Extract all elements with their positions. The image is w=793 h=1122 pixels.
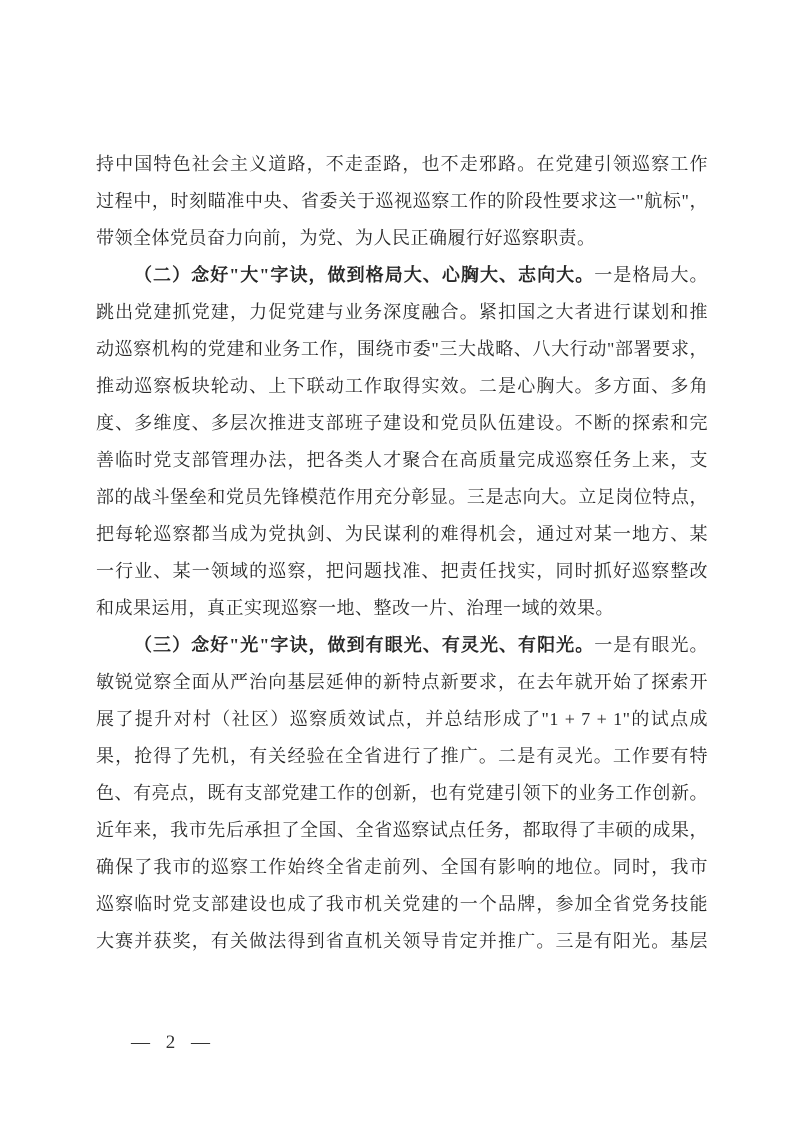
body-text-segment: 带领全体党员奋力向前，为党、为人民正确履行好巡察职责。	[96, 228, 596, 248]
body-text-segment: 大赛并获奖，有关做法得到省直机关领导肯定并推广。三是有阳光。基层	[96, 931, 708, 951]
text-line: 大赛并获奖，有关做法得到省直机关领导肯定并推广。三是有阳光。基层	[96, 923, 708, 960]
body-text-segment: 动巡察机构的党建和业务工作，围绕市委"三大战略、八大行动"部署要求，	[96, 339, 708, 359]
body-text-segment: 展了提升对村（社区）巡察质效试点，并总结形成了"1 + 7 + 1"的试点成	[96, 709, 708, 729]
text-line: （三）念好"光"字诀，做到有眼光、有灵光、有阳光。一是有眼光。	[96, 627, 708, 664]
text-line: 果，抢得了先机，有关经验在全省进行了推广。二是有灵光。工作要有特	[96, 738, 708, 775]
text-line: 展了提升对村（社区）巡察质效试点，并总结形成了"1 + 7 + 1"的试点成	[96, 701, 708, 738]
text-line: 过程中，时刻瞄准中央、省委关于巡视巡察工作的阶段性要求这一"航标"，	[96, 183, 708, 220]
body-text-segment: 和成果运用，真正实现巡察一地、整改一片、治理一域的效果。	[96, 598, 614, 618]
text-line: （二）念好"大"字诀，做到格局大、心胸大、志向大。一是格局大。	[96, 257, 708, 294]
text-line: 跳出党建抓党建，力促党建与业务深度融合。紧扣国之大者进行谋划和推	[96, 294, 708, 331]
body-text-segment: 一是格局大。	[594, 265, 708, 285]
body-text-segment: 一是有眼光。	[594, 635, 708, 655]
body-text-segment: 部的战斗堡垒和党员先锋模范作用充分彰显。三是志向大。立足岗位特点，	[96, 487, 708, 507]
text-line: 巡察临时党支部建设也成了我市机关党建的一个品牌，参加全省党务技能	[96, 886, 708, 923]
text-line: 动巡察机构的党建和业务工作，围绕市委"三大战略、八大行动"部署要求，	[96, 331, 708, 368]
document-page: 持中国特色社会主义道路，不走歪路，也不走邪路。在党建引领巡察工作过程中，时刻瞄准…	[0, 0, 793, 1122]
body-text-segment: 近年来，我市先后承担了全国、全省巡察试点任务，都取得了丰硕的成果，	[96, 820, 708, 840]
body-text-segment: 果，抢得了先机，有关经验在全省进行了推广。二是有灵光。工作要有特	[96, 746, 708, 766]
document-body: 持中国特色社会主义道路，不走歪路，也不走邪路。在党建引领巡察工作过程中，时刻瞄准…	[96, 146, 708, 960]
text-line: 一行业、某一领域的巡察，把问题找准、把责任找实，同时抓好巡察整改	[96, 553, 708, 590]
text-line: 色、有亮点，既有支部党建工作的创新，也有党建引领下的业务工作创新。	[96, 775, 708, 812]
text-line: 度、多维度、多层次推进支部班子建设和党员队伍建设。不断的探索和完	[96, 405, 708, 442]
text-line: 确保了我市的巡察工作始终全省走前列、全国有影响的地位。同时，我市	[96, 849, 708, 886]
body-text-segment: 确保了我市的巡察工作始终全省走前列、全国有影响的地位。同时，我市	[96, 857, 708, 877]
text-line: 部的战斗堡垒和党员先锋模范作用充分彰显。三是志向大。立足岗位特点，	[96, 479, 708, 516]
text-line: 近年来，我市先后承担了全国、全省巡察试点任务，都取得了丰硕的成果，	[96, 812, 708, 849]
text-line: 带领全体党员奋力向前，为党、为人民正确履行好巡察职责。	[96, 220, 708, 257]
text-line: 敏锐觉察全面从严治向基层延伸的新特点新要求，在去年就开始了探索开	[96, 664, 708, 701]
text-line: 善临时党支部管理办法，把各类人才聚合在高质量完成巡察任务上来，支	[96, 442, 708, 479]
page-number: — 2 —	[131, 1031, 211, 1055]
body-text-segment: 度、多维度、多层次推进支部班子建设和党员队伍建设。不断的探索和完	[96, 413, 708, 433]
body-text-segment: 善临时党支部管理办法，把各类人才聚合在高质量完成巡察任务上来，支	[96, 450, 708, 470]
body-text-segment: 把每轮巡察都当成为党执剑、为民谋利的难得机会，通过对某一地方、某	[96, 524, 708, 544]
text-line: 推动巡察板块轮动、上下联动工作取得实效。二是心胸大。多方面、多角	[96, 368, 708, 405]
body-text-segment: 色、有亮点，既有支部党建工作的创新，也有党建引领下的业务工作创新。	[96, 783, 708, 803]
body-text-segment: 敏锐觉察全面从严治向基层延伸的新特点新要求，在去年就开始了探索开	[96, 672, 708, 692]
body-text-segment: 推动巡察板块轮动、上下联动工作取得实效。二是心胸大。多方面、多角	[96, 376, 708, 396]
body-text-segment: 过程中，时刻瞄准中央、省委关于巡视巡察工作的阶段性要求这一"航标"，	[96, 191, 708, 211]
text-line: 和成果运用，真正实现巡察一地、整改一片、治理一域的效果。	[96, 590, 708, 627]
body-text-segment: 巡察临时党支部建设也成了我市机关党建的一个品牌，参加全省党务技能	[96, 894, 708, 914]
body-text-segment: 一行业、某一领域的巡察，把问题找准、把责任找实，同时抓好巡察整改	[96, 561, 708, 581]
text-line: 把每轮巡察都当成为党执剑、为民谋利的难得机会，通过对某一地方、某	[96, 516, 708, 553]
heading-bold-segment: （三）念好"光"字诀，做到有眼光、有灵光、有阳光。	[134, 635, 594, 655]
body-text-segment: 持中国特色社会主义道路，不走歪路，也不走邪路。在党建引领巡察工作	[96, 154, 708, 174]
text-line: 持中国特色社会主义道路，不走歪路，也不走邪路。在党建引领巡察工作	[96, 146, 708, 183]
heading-bold-segment: （二）念好"大"字诀，做到格局大、心胸大、志向大。	[134, 265, 594, 285]
body-text-segment: 跳出党建抓党建，力促党建与业务深度融合。紧扣国之大者进行谋划和推	[96, 302, 708, 322]
